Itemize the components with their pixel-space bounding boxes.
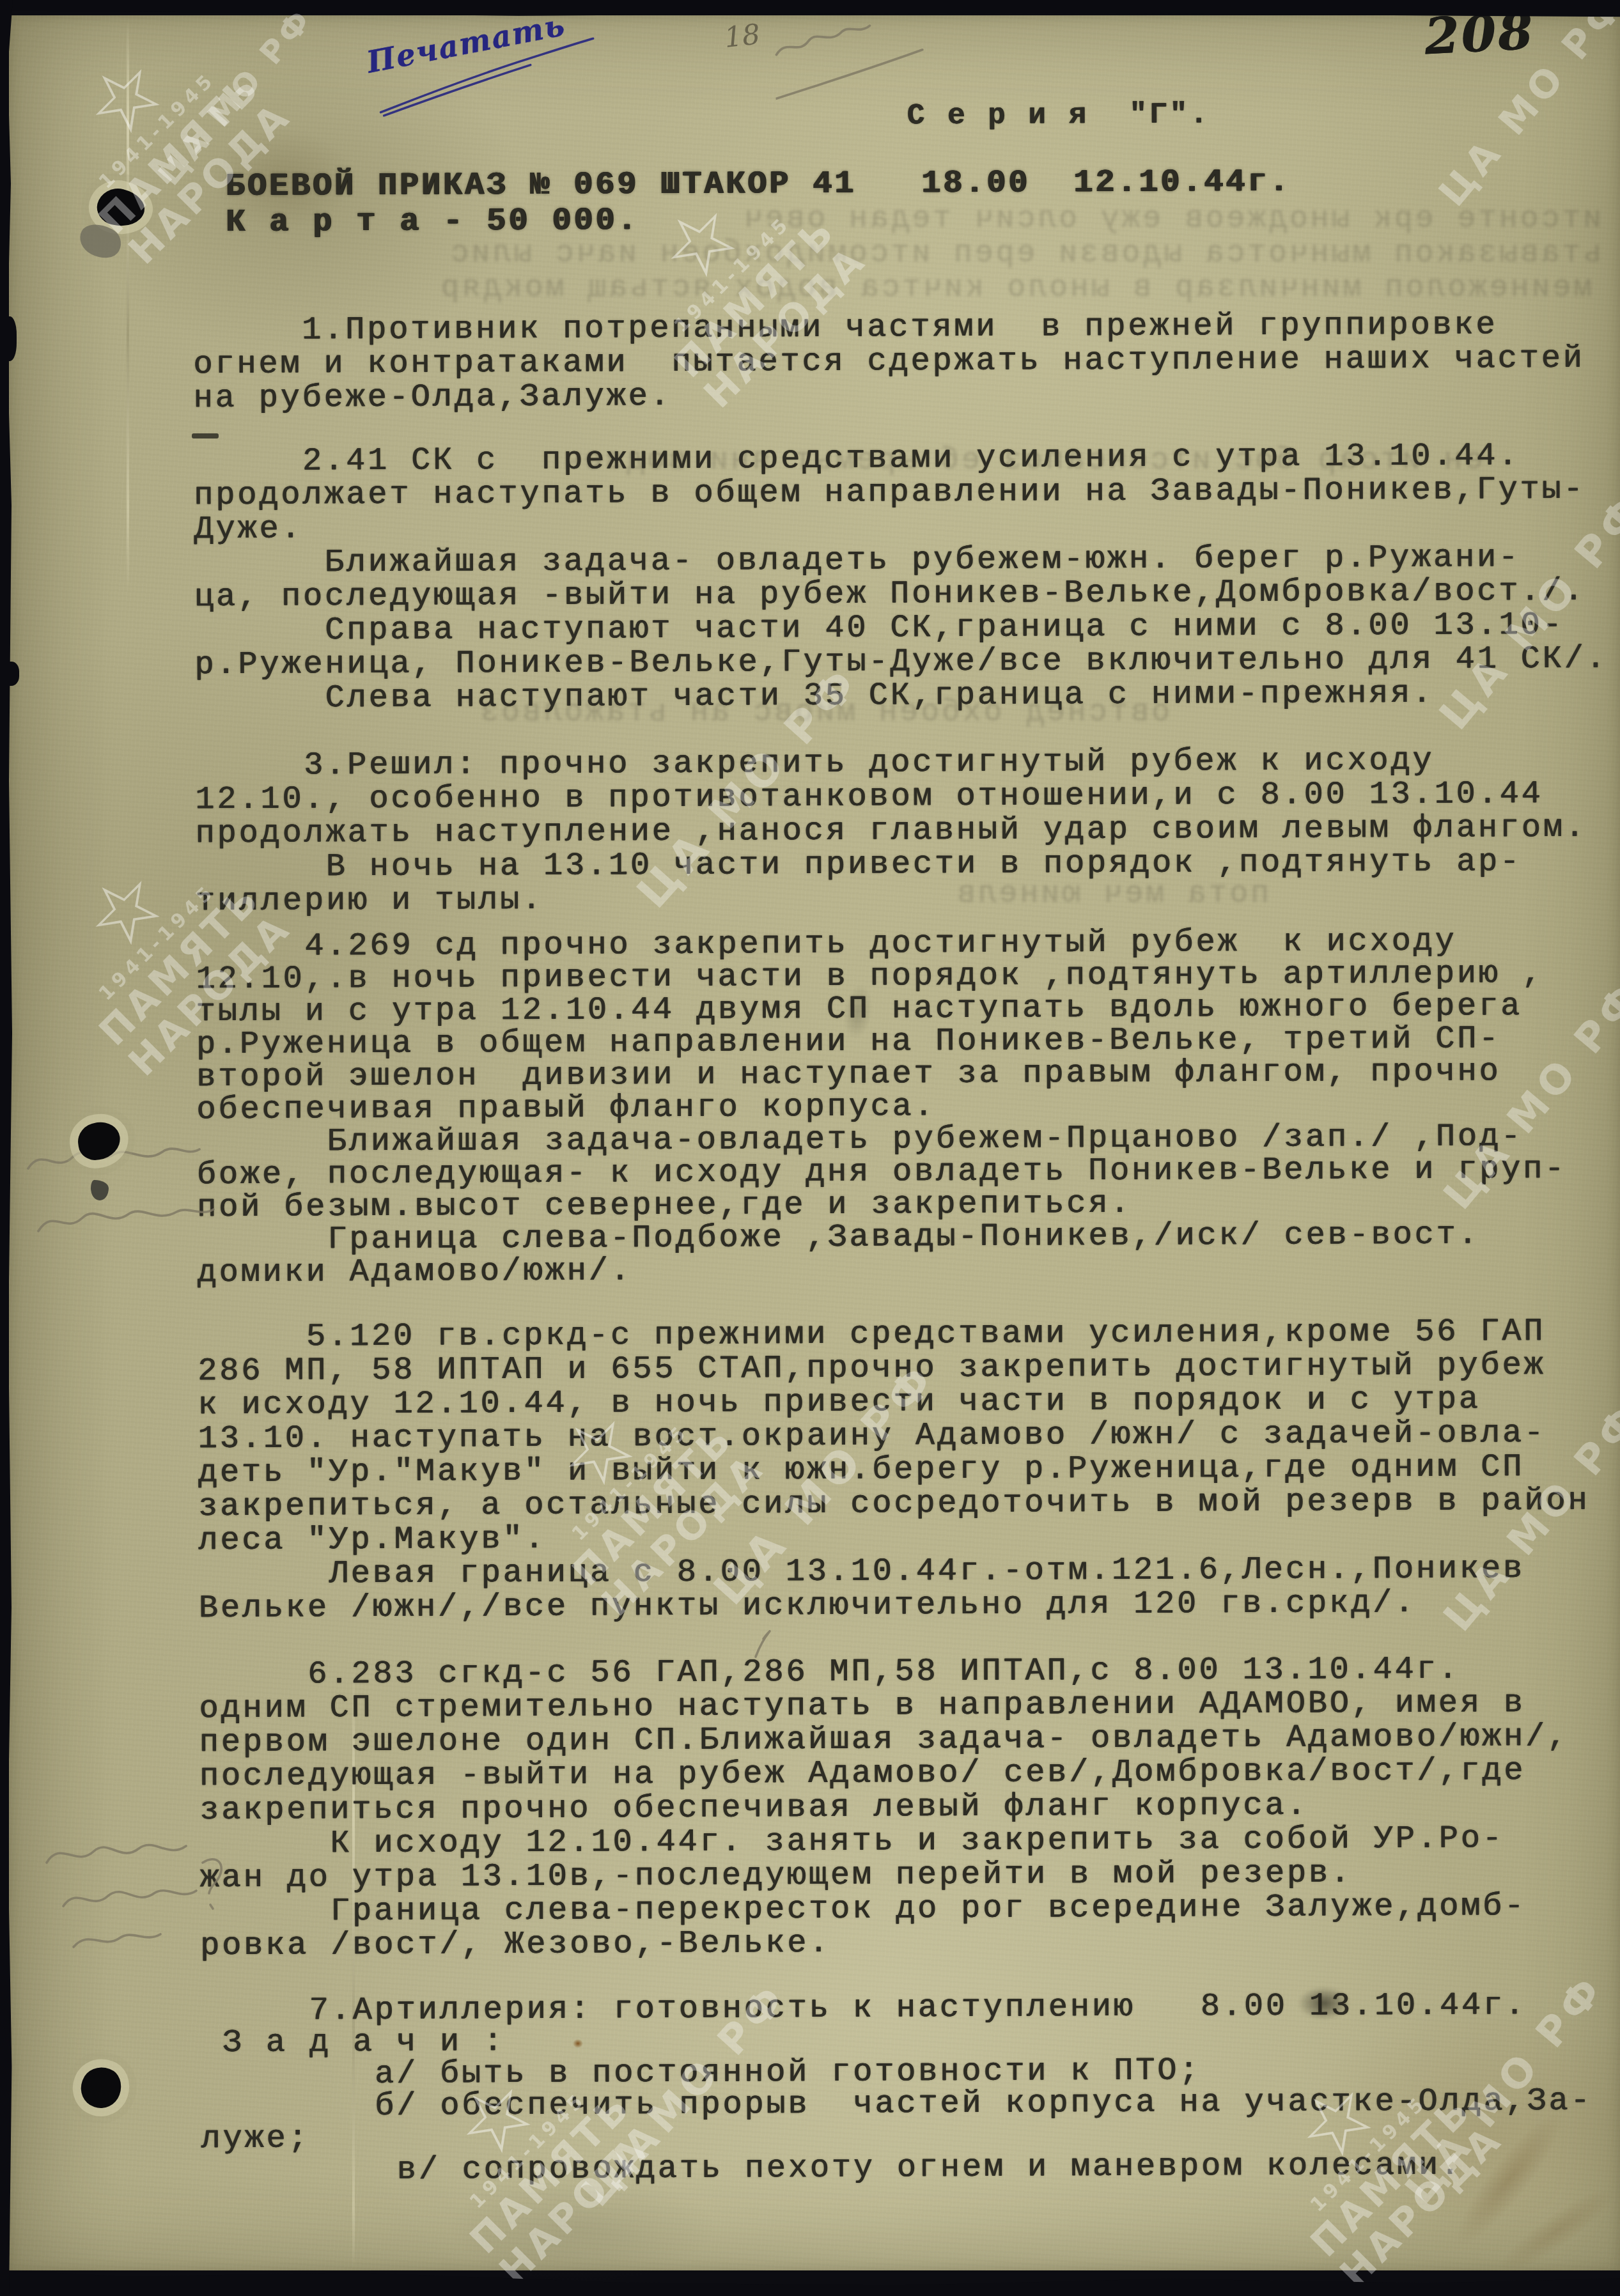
margin-note-pencil-1 (19, 1119, 230, 1259)
typed-line: Вельке /южн/,/все пункты исключительно д… (199, 1586, 1591, 1625)
scanned-military-order-page: итсонте ерк ыноджеов ежу олсич тедан ове… (0, 0, 1620, 2296)
paragraph-2: 2.41 СК с прежними средствами усиления с… (194, 439, 1608, 717)
paragraph-5: 5.120 гв.сркд-с прежними средствами усил… (198, 1315, 1590, 1625)
order-title: БОЕВОЙ ПРИКАЗ № 069 ШТАКОР 41 18.00 12.1… (226, 166, 1291, 204)
typed-line: на рубеже-Олда,Залуже. (194, 376, 1585, 415)
map-scale-line: К а р т а - 50 000. (226, 204, 639, 240)
paragraph-1: 1.Противник потрепанными частями в прежн… (193, 308, 1585, 415)
typed-line: закрепиться, а остальные силы сосредоточ… (198, 1484, 1590, 1524)
typed-line: тиллерию и тылы. (196, 879, 1587, 919)
typed-line: домики Адамово/южн/. (198, 1251, 1568, 1289)
date-note-text: 18 (723, 18, 762, 54)
typed-line: продолжает наступать в общем направлении… (194, 473, 1607, 513)
pencil-mark-superscript (749, 1629, 777, 1661)
series-label: С е р и я "Г". (907, 98, 1210, 133)
typed-line: В ночь на 13.10 части привести в порядок… (196, 845, 1587, 885)
date-note-scrawl (768, 4, 937, 116)
typed-line: боже, последующая- к исходу дня овладеть… (197, 1153, 1567, 1191)
ink-dash (192, 433, 219, 438)
typed-line: б/ обеспечить прорыв частей корпуса на у… (201, 2086, 1593, 2123)
typed-line: ровка /вост/, Жезово,-Вельке. (200, 1923, 1570, 1963)
paragraph-3: 3.Решил: прочно закрепить достигнутый ру… (195, 743, 1587, 919)
paragraph-4: 4.269 сд прочно закрепить достигнутый ру… (196, 925, 1567, 1289)
typed-line: в/ сопровождать пехоту огнем и маневром … (201, 2150, 1593, 2187)
typed-line: Граница слева-перекресток до рог всереди… (200, 1889, 1570, 1929)
typed-line: последующая -выйти на рубеж Адамово/ сев… (199, 1754, 1569, 1794)
scan-edge-notch (0, 662, 19, 686)
typed-line: 7.Артиллерия: готовность к наступлению 8… (201, 1990, 1593, 2028)
margin-note-pencil-2 (35, 1822, 246, 1975)
paragraph-7: 7.Артиллерия: готовность к наступлению 8… (201, 1990, 1593, 2187)
typed-line: К исходу 12.10.44г. занять и закрепить з… (199, 1822, 1569, 1861)
scan-edge-notch (0, 316, 17, 361)
typed-line: Граница слева-Подбоже ,Завады-Поникев,/и… (197, 1218, 1567, 1257)
typewriter-overstrike (1298, 1987, 1350, 2020)
paragraph-6: 6.283 сгкд-с 56 ГАП,286 МП,58 ИПТАП,с 8.… (199, 1652, 1569, 1963)
typed-line: второй эшелон дивизии и наступает за пра… (196, 1055, 1566, 1094)
typed-line: огнем и контратаками пытается сдержать н… (193, 342, 1585, 382)
typed-line: Слева наступают части 35 СК,граница с ни… (195, 676, 1608, 717)
